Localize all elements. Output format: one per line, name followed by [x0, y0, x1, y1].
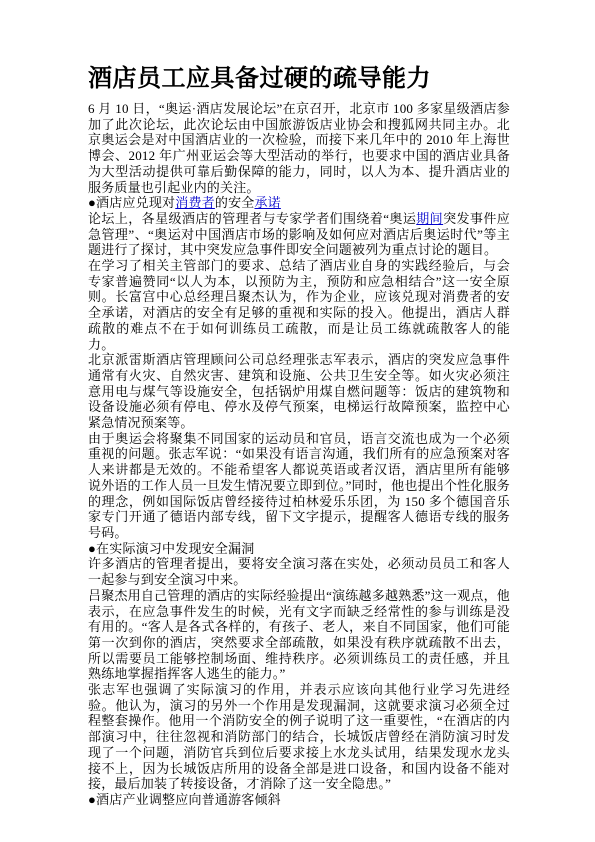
text-run: 北京派雷斯酒店管理顾问公司总经理张志军表示，酒店的突发应急事件通常有火灾、自然灾…	[88, 352, 510, 430]
inline-link[interactable]: 承诺	[254, 195, 280, 210]
text-run: 许多酒店的管理者提出，要将安全演习落在实处，必须动员员工和客人一起参与到安全演习…	[88, 556, 510, 587]
text-run: 张志军也强调了实际演习的作用，并表示应该向其他行业学习先进经验。他认为，演习的另…	[88, 682, 510, 791]
text-paragraph: 吕聚杰用自己管理的酒店的实际经验提出“演练越多越熟悉”这一观点，他表示，在应急事…	[88, 588, 510, 682]
text-paragraph: 6 月 10 日，“奥运·酒店发展论坛”在京召开，北京市 100 多家星级酒店参…	[88, 101, 510, 195]
text-run: 的安全	[215, 195, 255, 210]
text-paragraph: 北京派雷斯酒店管理顾问公司总经理张志军表示，酒店的突发应急事件通常有火灾、自然灾…	[88, 352, 510, 431]
text-run: 论坛上，各星级酒店的管理者与专家学者们围绕着“奥运	[88, 211, 416, 226]
text-run: ●在实际演习中发现安全漏洞	[88, 541, 254, 556]
page-title: 酒店员工应具备过硬的疏导能力	[88, 62, 510, 96]
text-paragraph: 由于奥运会将聚集不同国家的运动员和官员，语言交流也成为一个必须重视的问题。张志军…	[88, 431, 510, 541]
bullet-heading: ●酒店产业调整应向普通游客倾斜	[88, 792, 510, 808]
text-run: 在学习了相关主管部门的要求、总结了酒店业自身的实践经验后，与会专家普遍赞同“以人…	[88, 258, 510, 352]
document-body: 6 月 10 日，“奥运·酒店发展论坛”在京召开，北京市 100 多家星级酒店参…	[88, 101, 510, 808]
text-run: 由于奥运会将聚集不同国家的运动员和官员，语言交流也成为一个必须重视的问题。张志军…	[88, 431, 510, 540]
inline-link[interactable]: 期间	[416, 211, 443, 226]
document-page: 酒店员工应具备过硬的疏导能力 6 月 10 日，“奥运·酒店发展论坛”在京召开，…	[0, 0, 595, 842]
bullet-heading: ●在实际演习中发现安全漏洞	[88, 541, 510, 557]
text-paragraph: 论坛上，各星级酒店的管理者与专家学者们围绕着“奥运期间突发事件应急管理”、“奥运…	[88, 211, 510, 258]
text-run: ●酒店产业调整应向普通游客倾斜	[88, 792, 281, 807]
text-run: 6 月 10 日，“奥运·酒店发展论坛”在京召开，北京市 100 多家星级酒店参…	[88, 101, 510, 195]
text-paragraph: 许多酒店的管理者提出，要将安全演习落在实处，必须动员员工和客人一起参与到安全演习…	[88, 556, 510, 587]
inline-link[interactable]: 消费者	[175, 195, 215, 210]
text-paragraph: 张志军也强调了实际演习的作用，并表示应该向其他行业学习先进经验。他认为，演习的另…	[88, 682, 510, 792]
text-paragraph: 在学习了相关主管部门的要求、总结了酒店业自身的实践经验后，与会专家普遍赞同“以人…	[88, 258, 510, 352]
text-run: ●酒店应兑现对	[88, 195, 175, 210]
text-run: 吕聚杰用自己管理的酒店的实际经验提出“演练越多越熟悉”这一观点，他表示，在应急事…	[88, 588, 510, 682]
bullet-heading: ●酒店应兑现对消费者的安全承诺	[88, 195, 510, 211]
document-content: 酒店员工应具备过硬的疏导能力 6 月 10 日，“奥运·酒店发展论坛”在京召开，…	[88, 62, 510, 808]
